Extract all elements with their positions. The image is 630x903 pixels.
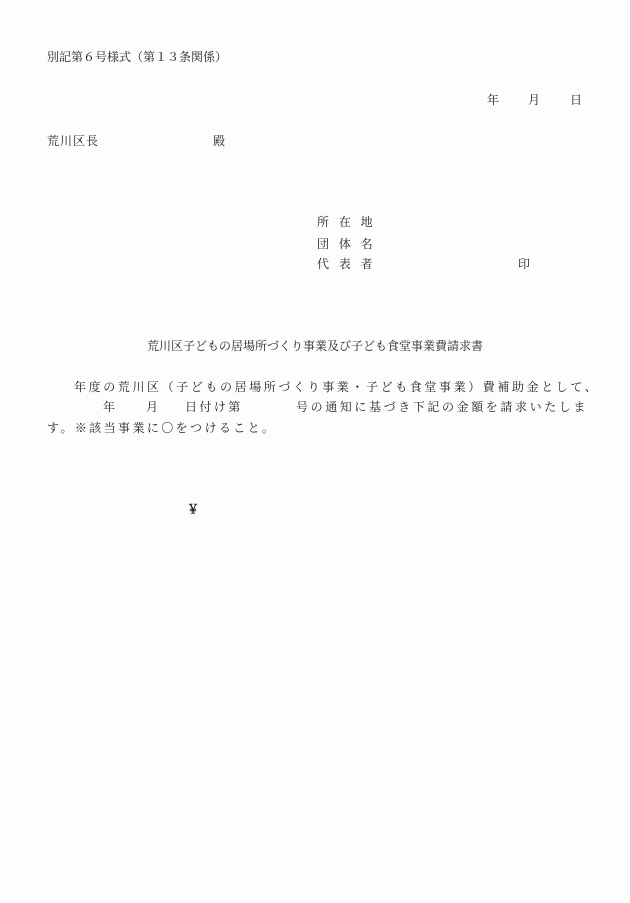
organization-label: 団 体 名 <box>317 236 376 252</box>
document-title: 荒川区子どもの居場所づくり事業及び子ども食堂事業費請求書 <box>147 338 483 354</box>
seal-mark: 印 <box>518 256 530 272</box>
amount-yen-symbol: ￥ <box>187 501 199 517</box>
notice-month-label: 月 <box>146 399 161 415</box>
date-day-label: 日 <box>570 92 582 108</box>
addressee-name: 荒川区長 <box>47 133 99 149</box>
date-year-label: 年 <box>487 92 499 108</box>
date-month-label: 月 <box>528 92 540 108</box>
form-number: 別記第６号様式（第１３条関係） <box>47 49 227 65</box>
notice-year-label: 年 <box>103 399 118 415</box>
addressee-honorific: 殿 <box>213 133 225 149</box>
representative-label: 代 表 者 <box>317 256 376 272</box>
address-label: 所 在 地 <box>317 214 376 230</box>
body-line-3: す。※該当事業に〇をつけること。 <box>47 420 276 436</box>
body-line-2: 号の通知に基づき下記の金額を請求いたしま <box>296 399 588 415</box>
body-line-1: 年度の荒川区（子どもの居場所づくり事業・子ども食堂事業）費補助金として、 <box>74 379 599 395</box>
notice-date-suffix: 日付け第 <box>185 399 243 415</box>
